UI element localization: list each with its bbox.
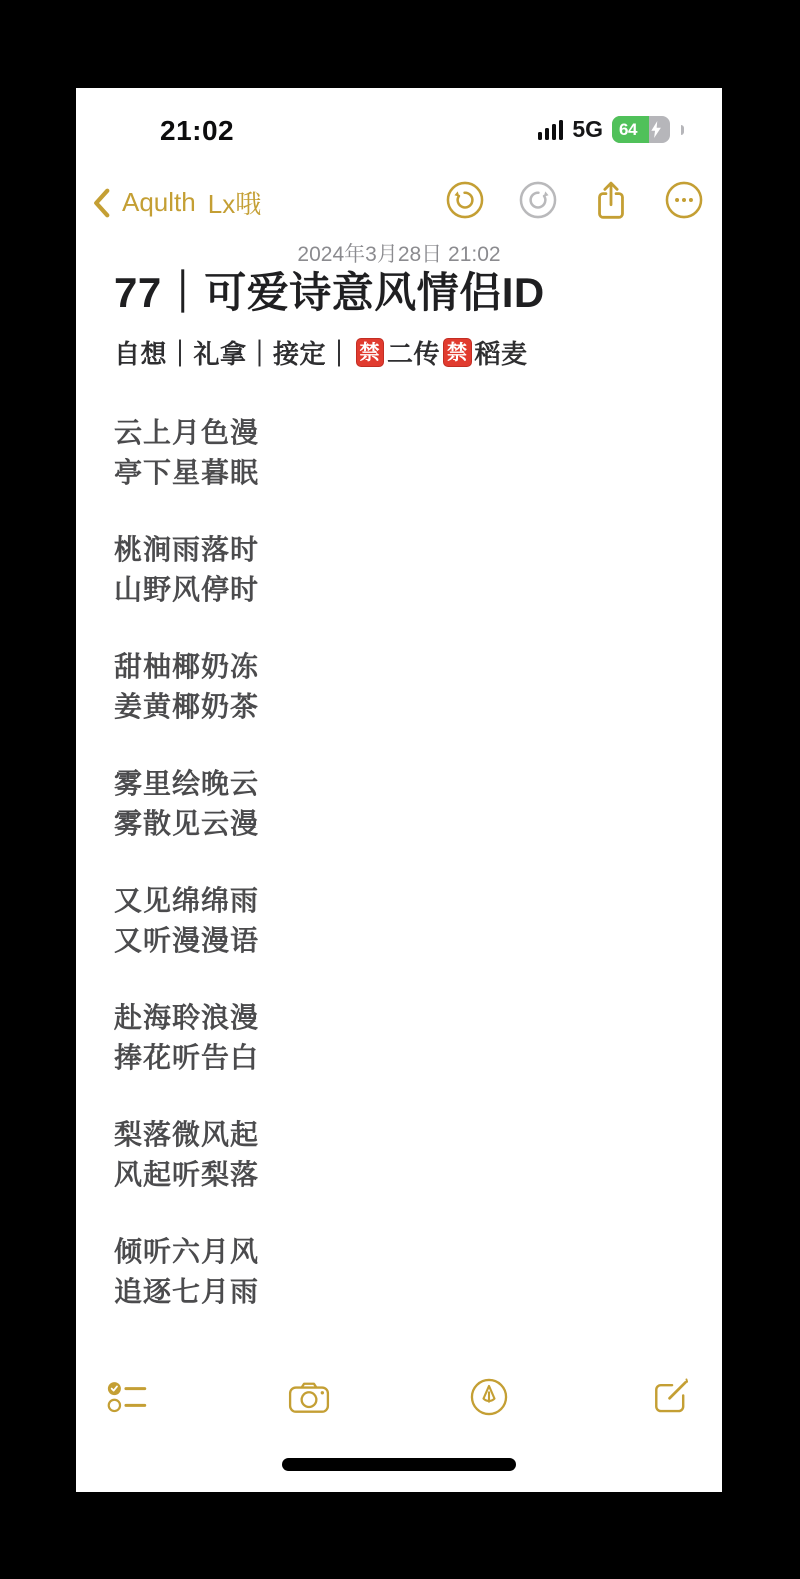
poem-line: 山野风停时 <box>114 570 259 610</box>
poem-line: 甜柚椰奶冻 <box>114 647 259 687</box>
redo-icon <box>518 180 558 220</box>
rules-part2: 二传 <box>387 334 440 371</box>
redo-button[interactable] <box>518 180 558 220</box>
poem-line: 云上月色漫 <box>114 413 259 453</box>
checklist-button[interactable] <box>106 1375 150 1419</box>
poem-line: 又听漫漫语 <box>114 921 259 961</box>
id-pair: 桃涧雨落时 山野风停时 <box>114 530 259 610</box>
share-button[interactable] <box>591 180 631 220</box>
markup-button[interactable] <box>467 1375 511 1419</box>
poem-line: 雾散见云漫 <box>114 804 259 844</box>
battery-icon: 64 <box>612 116 670 143</box>
id-pair: 云上月色漫 亭下星暮眠 <box>114 413 259 493</box>
poem-line: 风起听梨落 <box>114 1155 259 1195</box>
poem-line: 姜黄椰奶茶 <box>114 687 259 727</box>
poem-line: 又见绵绵雨 <box>114 881 259 921</box>
id-pair: 甜柚椰奶冻 姜黄椰奶茶 <box>114 647 259 727</box>
poem-line: 捧花听告白 <box>114 1038 259 1078</box>
id-pair: 倾听六月风 追逐七月雨 <box>114 1232 259 1312</box>
id-pair: 又见绵绵雨 又听漫漫语 <box>114 881 259 961</box>
note-body[interactable]: 云上月色漫 亭下星暮眠 桃涧雨落时 山野风停时 甜柚椰奶冻 姜黄椰奶茶 雾里绘晚… <box>114 413 259 1349</box>
id-pair: 赴海聆浪漫 捧花听告白 <box>114 998 259 1078</box>
more-button[interactable] <box>664 180 704 220</box>
note-title: 77｜可爱诗意风情侣ID <box>114 267 702 319</box>
camera-icon <box>288 1380 330 1414</box>
battery-cap <box>681 125 685 135</box>
charging-bolt-icon <box>650 121 662 138</box>
poem-line: 雾里绘晚云 <box>114 764 259 804</box>
note-rules: 自想｜礼拿｜接定｜ 禁 二传 禁 稻麦 <box>114 334 702 371</box>
back-sublabel: Lx哦 <box>208 184 261 221</box>
prohibited-badge: 禁 <box>443 338 472 367</box>
battery-percent: 64 <box>619 116 637 143</box>
rules-part3: 稻麦 <box>475 334 528 371</box>
rules-part1: 自想｜礼拿｜接定｜ <box>114 334 353 371</box>
nav-bar: Aqulth Lx哦 <box>76 180 722 230</box>
back-label: Aqulth <box>122 187 196 218</box>
prohibited-badge: 禁 <box>356 338 385 367</box>
notes-app-screen: 21:02 5G 64 Aqulth Lx哦 <box>76 88 722 1492</box>
poem-line: 亭下星暮眠 <box>114 453 259 493</box>
compose-icon <box>651 1378 689 1416</box>
phone-frame: 21:02 5G 64 Aqulth Lx哦 <box>0 0 800 1579</box>
note-date: 2024年3月28日 21:02 <box>76 238 722 268</box>
undo-icon <box>445 180 485 220</box>
network-label: 5G <box>572 116 603 143</box>
poem-line: 赴海聆浪漫 <box>114 998 259 1038</box>
id-pair: 梨落微风起 风起听梨落 <box>114 1115 259 1195</box>
poem-line: 追逐七月雨 <box>114 1272 259 1312</box>
status-time: 21:02 <box>160 115 234 147</box>
markup-pen-icon <box>469 1377 509 1417</box>
poem-line: 梨落微风起 <box>114 1115 259 1155</box>
bottom-toolbar <box>76 1374 722 1420</box>
compose-button[interactable] <box>648 1375 692 1419</box>
home-indicator[interactable] <box>282 1458 516 1471</box>
camera-button[interactable] <box>287 1375 331 1419</box>
status-right-cluster: 5G 64 <box>538 116 684 143</box>
more-ellipsis-icon <box>664 180 704 220</box>
undo-button[interactable] <box>445 180 485 220</box>
chevron-left-icon <box>92 188 110 218</box>
nav-icon-group <box>445 180 704 220</box>
poem-line: 桃涧雨落时 <box>114 530 259 570</box>
back-button[interactable]: Aqulth Lx哦 <box>92 184 261 221</box>
signal-strength-icon <box>538 120 564 140</box>
checklist-icon <box>106 1378 150 1416</box>
id-pair: 雾里绘晚云 雾散见云漫 <box>114 764 259 844</box>
share-icon <box>595 179 627 221</box>
poem-line: 倾听六月风 <box>114 1232 259 1272</box>
